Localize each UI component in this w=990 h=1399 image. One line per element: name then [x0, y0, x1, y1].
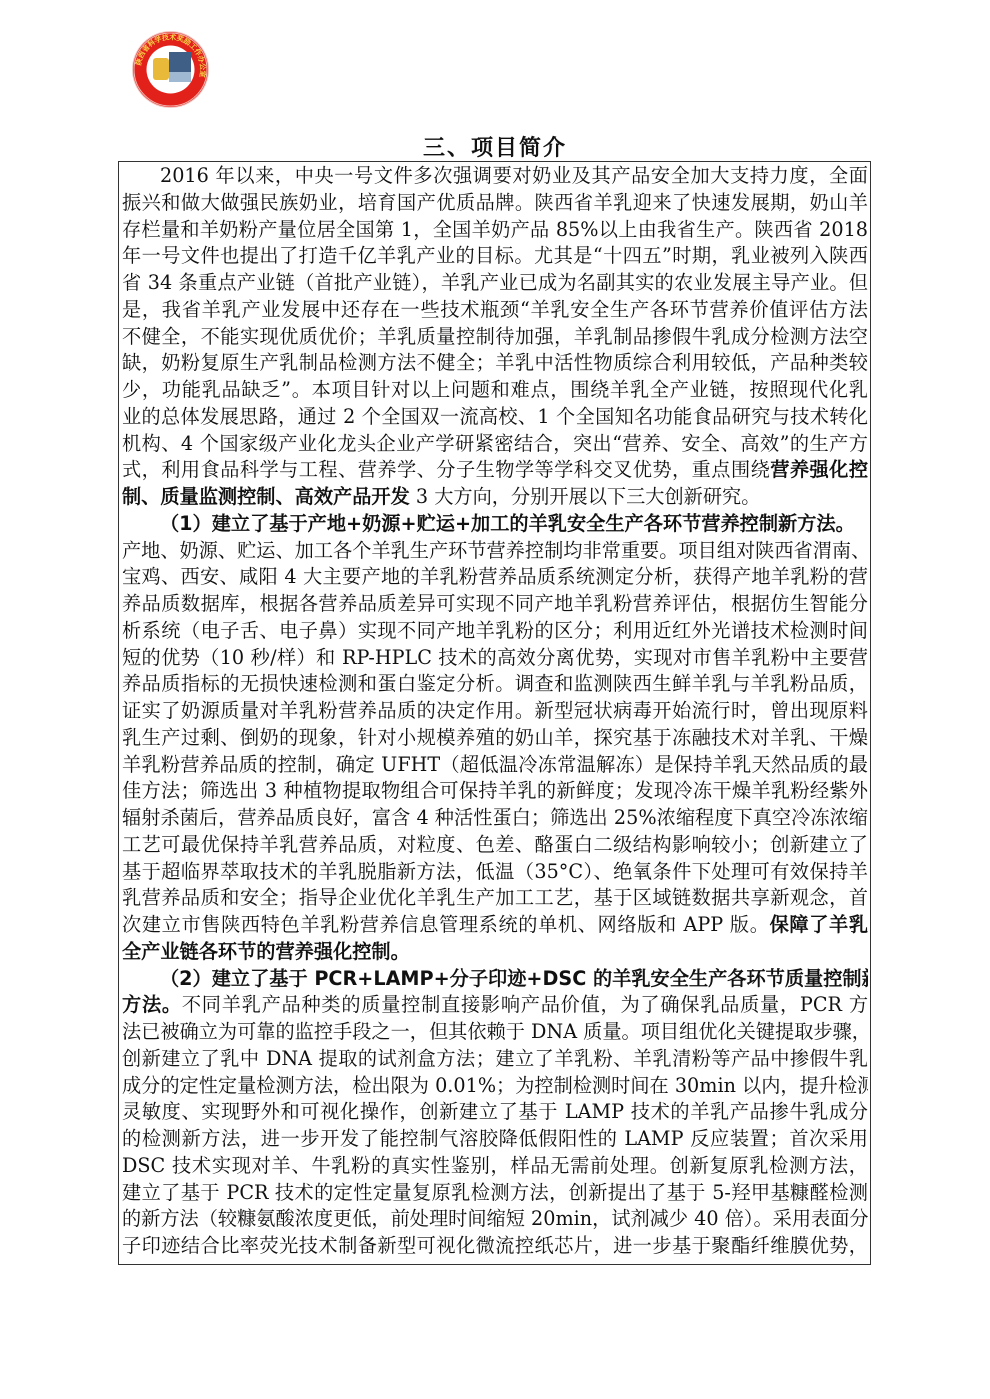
bold-emphasis: 方法。: [122, 993, 182, 1016]
section-2-text: 不同羊乳产品种类的质量控制直接影响产品价值，为了确保乳品质量，PCR 方: [182, 993, 868, 1016]
section-2-line: 法已被确立为可靠的监控手段之一，但其依赖于 DNA 质量。项目组优化关键提取步骤…: [122, 1019, 868, 1046]
section-1-line: 辐射杀菌后，营养品质良好，富含 4 种活性蛋白；筛选出 25%浓缩程度下真空冷冻…: [122, 805, 868, 832]
award-office-seal-icon: 陕西省科学技术奖励工作办公室: [133, 32, 208, 107]
intro-line: 存栏量和羊奶粉产量位居全国第 1，全国羊奶产品 85%以上由我省生产。陕西省 2…: [122, 217, 868, 244]
section-1-line: 短的优势（10 秒/样）和 RP-HPLC 技术的高效分离优势，实现对市售羊乳粉…: [122, 645, 868, 672]
intro-line: 制、质量监测控制、高效产品开发 3 大方向，分别开展以下三大创新研究。: [122, 484, 868, 511]
section-1-line: 基于超临界萃取技术的羊乳脱脂新方法，低温（35°C）、绝氧条件下处理可有效保持羊: [122, 859, 868, 886]
intro-text: 式，利用食品科学与工程、营养学、分子生物学等学科交叉优势，重点围绕: [122, 458, 770, 481]
section-1-line: 养品质指标的无损快速检测和蛋白鉴定分析。调查和监测陕西生鲜羊乳与羊乳粉品质，: [122, 671, 868, 698]
intro-line: 式，利用食品科学与工程、营养学、分子生物学等学科交叉优势，重点围绕营养强化控: [122, 457, 868, 484]
intro-line: 省 34 条重点产业链（首批产业链），羊乳产业已成为名副其实的农业发展主导产业。…: [122, 270, 868, 297]
section-1-line: 产地、奶源、贮运、加工各个羊乳生产环节营养控制均非常重要。项目组对陕西省渭南、: [122, 538, 868, 565]
section-2-line: DSC 技术实现对羊、牛乳粉的真实性鉴别，样品无需前处理。创新复原乳检测方法，: [122, 1153, 868, 1180]
section-1-line: 证实了奶源质量对羊乳粉营养品质的决定作用。新型冠状病毒开始流行时，曾出现原料: [122, 698, 868, 725]
section-2-line: 的检测新方法，进一步开发了能控制气溶胶降低假阳性的 LAMP 反应装置；首次采用: [122, 1126, 868, 1153]
section-2-line: 的新方法（较糠氨酸浓度更低，前处理时间缩短 20min，试剂减少 40 倍）。采…: [122, 1206, 868, 1233]
section-2-heading: （2）建立了基于 PCR+LAMP+分子印迹+DSC 的羊乳安全生产各环节质量控…: [122, 966, 868, 993]
section-2-line: 灵敏度、实现野外和可视化操作，创新建立了基于 LAMP 技术的羊乳产品掺牛乳成分: [122, 1099, 868, 1126]
section-1-line: 养品质数据库，根据各营养品质差异可实现不同产地羊乳粉营养评估，根据仿生智能分: [122, 591, 868, 618]
section-1-line: 乳生产过剩、倒奶的现象，针对小规模养殖的奶山羊，探究基于冻融技术对羊乳、干燥: [122, 725, 868, 752]
intro-line: 机构、4 个国家级产业化龙头企业产学研紧密结合，突出“营养、安全、高效”的生产方: [122, 431, 868, 458]
section-1-line: 佳方法；筛选出 3 种植物提取物组合可保持羊乳的新鲜度；发现冷冻干燥羊乳粉经紫外: [122, 778, 868, 805]
section-1-line: 羊乳粉营养品质的控制，确定 UFHT（超低温冷冻常温解冻）是保持羊乳天然品质的最: [122, 752, 868, 779]
bold-emphasis: 营养强化控: [770, 458, 868, 481]
section-2-line: 方法。不同羊乳产品种类的质量控制直接影响产品价值，为了确保乳品质量，PCR 方: [122, 992, 868, 1019]
award-office-logo: 陕西省科学技术奖励工作办公室: [133, 32, 208, 107]
page-title: 三、项目简介: [0, 131, 990, 162]
section-1-line: 乳营养品质和安全；指导企业优化羊乳生产加工工艺，基于区域链数据共享新观念，首: [122, 885, 868, 912]
bold-emphasis: 制、质量监测控制、高效产品开发: [122, 485, 410, 508]
intro-line: 是，我省羊乳产业发展中还存在一些技术瓶颈“羊乳安全生产各环节营养价值评估方法: [122, 297, 868, 324]
section-1-text: 次建立市售陕西特色羊乳粉营养信息管理系统的单机、网络版和 APP 版。: [122, 913, 770, 936]
intro-line: 业的总体发展思路，通过 2 个全国双一流高校、1 个全国知名功能食品研究与技术转…: [122, 404, 868, 431]
project-summary-content: 2016 年以来，中央一号文件多次强调要对奶业及其产品安全加大支持力度，全面 振…: [122, 163, 868, 1260]
intro-line: 不健全，不能实现优质优价；羊乳质量控制待加强，羊乳制品掺假牛乳成分检测方法空: [122, 324, 868, 351]
section-1-line: 次建立市售陕西特色羊乳粉营养信息管理系统的单机、网络版和 APP 版。保障了羊乳: [122, 912, 868, 939]
section-2-line: 建立了基于 PCR 技术的定性定量复原乳检测方法，创新提出了基于 5-羟甲基糠醛…: [122, 1180, 868, 1207]
section-2-line: 子印迹结合比率荧光技术制备新型可视化微流控纸芯片，进一步基于聚酯纤维膜优势，: [122, 1233, 868, 1260]
section-2-line: 成分的定性定量检测方法，检出限为 0.01%；为控制检测时间在 30min 以内…: [122, 1073, 868, 1100]
section-1-conclusion: 全产业链各环节的营养强化控制。: [122, 939, 868, 966]
section-1-line: 宝鸡、西安、咸阳 4 大主要产地的羊乳粉营养品质系统测定分析，获得产地羊乳粉的营: [122, 564, 868, 591]
intro-line: 振兴和做大做强民族奶业，培育国产优质品牌。陕西省羊乳迎来了快速发展期，奶山羊: [122, 190, 868, 217]
intro-line: 缺，奶粉复原生产乳制品检测方法不健全；羊乳中活性物质综合利用较低，产品种类较: [122, 350, 868, 377]
intro-line: 2016 年以来，中央一号文件多次强调要对奶业及其产品安全加大支持力度，全面: [122, 163, 868, 190]
section-1-line: 工艺可最优保持羊乳营养品质，对粒度、色差、酪蛋白二级结构影响较小；创新建立了: [122, 832, 868, 859]
intro-line: 少，功能乳品缺乏”。本项目针对以上问题和难点，围绕羊乳全产业链，按照现代化乳: [122, 377, 868, 404]
section-2-line: 创新建立了乳中 DNA 提取的试剂盒方法；建立了羊乳粉、羊乳清粉等产品中掺假牛乳: [122, 1046, 868, 1073]
intro-line: 年一号文件也提出了打造千亿羊乳产业的目标。尤其是“十四五”时期，乳业被列入陕西: [122, 243, 868, 270]
section-1-heading: （1）建立了基于产地+奶源+贮运+加工的羊乳安全生产各环节营养控制新方法。: [122, 511, 868, 538]
intro-text: 3 大方向，分别开展以下三大创新研究。: [410, 485, 761, 508]
section-1-line: 析系统（电子舌、电子鼻）实现不同产地羊乳粉的区分；利用近红外光谱技术检测时间: [122, 618, 868, 645]
bold-emphasis: 保障了羊乳: [770, 913, 868, 936]
